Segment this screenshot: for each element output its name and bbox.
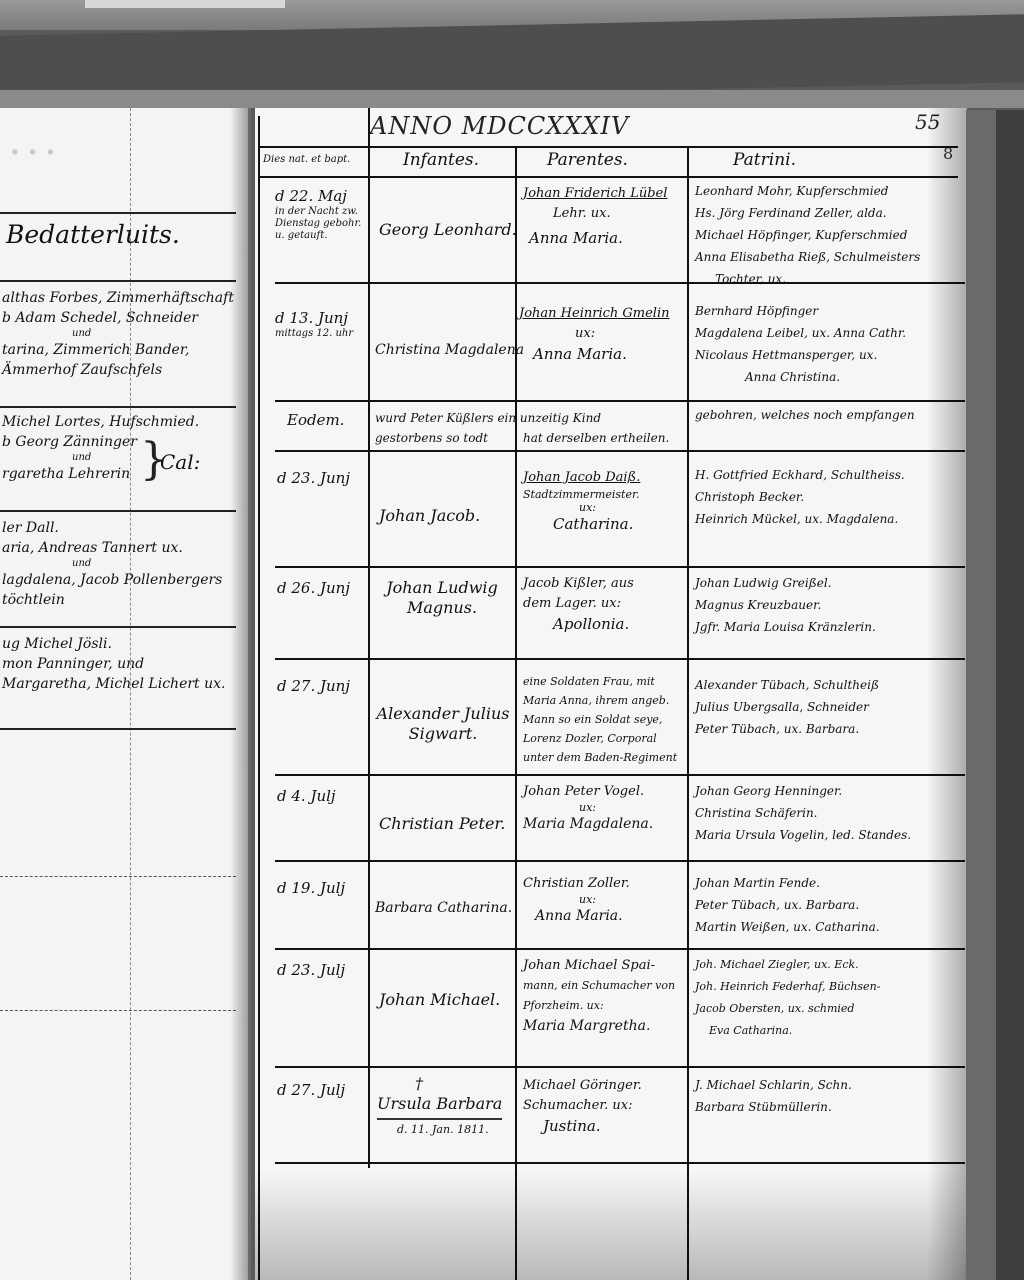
parent-line: Michael Göringer. [523, 1076, 642, 1096]
entry-line: ler Dall. [2, 518, 222, 538]
table-row-parents: eine Soldaten Frau, mit Maria Anna, ihre… [523, 672, 677, 767]
divider [0, 510, 236, 512]
table-row-parents: Johan Michael Spai- mann, ein Schumacher… [523, 956, 675, 1036]
parent-line: Anna Maria. [519, 344, 669, 364]
godparent-line: Julius Ubergsalla, Schneider [695, 696, 879, 718]
godparent-line: Hs. Jörg Ferdinand Zeller, alda. [695, 202, 920, 224]
godparent-line: J. Michael Schlarin, Schn. [695, 1074, 852, 1096]
faded-header: ... [10, 128, 63, 161]
table-row-parents: Johan Friderich Lübel Lehr. ux. Anna Mar… [523, 184, 667, 248]
date-value: d 22. Maj [275, 187, 347, 205]
table-row-infant: Johan Ludwig Magnus. [377, 578, 507, 618]
row-divider [275, 860, 965, 862]
entry-line: b Adam Schedel, Schneider [2, 308, 234, 328]
note-line: hat derselben ertheilen. [523, 428, 669, 448]
parent-line: Maria Magdalena. [523, 814, 653, 834]
table-row-parents: Johan Jacob Daiß. Stadtzimmermeister. ux… [523, 468, 640, 534]
infant-name: Ursula Barbara [377, 1094, 502, 1113]
godparent-line: Tochter, ux. [695, 268, 920, 290]
entry-block: althas Forbes, Zimmerhäftschaft b Adam S… [2, 288, 234, 380]
divider [0, 406, 236, 408]
section-heading: Bedatterluits. [6, 220, 180, 249]
book-binding [966, 110, 1024, 1280]
parent-line: Maria Margretha. [523, 1016, 675, 1036]
entry-line: tarina, Zimmerich Bander, [2, 340, 234, 360]
page-title: ANNO MDCCXXXIV [370, 112, 629, 140]
parent-line: Stadtzimmermeister. [523, 488, 640, 502]
godparent-line: Eva Catharina. [695, 1020, 880, 1042]
godparent-line: Michael Höpfinger, Kupferschmied [695, 224, 920, 246]
parent-line: Johan Michael Spai- [523, 956, 675, 976]
godparent-line: Joh. Michael Ziegler, ux. Eck. [695, 954, 880, 976]
entry-line: b Georg Zänninger [2, 432, 199, 452]
table-row-parents: Christian Zoller. ux: Anna Maria. [523, 874, 630, 926]
row-divider [275, 774, 965, 776]
entry-line: töchtlein [2, 590, 222, 610]
parent-line: Lorenz Dozler, Corporal [523, 729, 677, 748]
table-row-infant: Johan Michael. [379, 990, 500, 1010]
row-divider [275, 400, 965, 402]
column-divider [515, 148, 517, 1280]
deceased-cross-icon: † [377, 1074, 502, 1094]
table-row-parents: Johan Heinrich Gmelin ux: Anna Maria. [519, 304, 669, 364]
table-row-infant: Christina Magdalena [375, 340, 524, 360]
entry-line: mon Panninger, und [2, 654, 225, 674]
row-divider [275, 658, 965, 660]
table-row-godparents: Joh. Michael Ziegler, ux. Eck. Joh. Hein… [695, 954, 880, 1042]
divider [0, 728, 236, 730]
brace-label: Cal: [160, 450, 200, 474]
godparent-line: Leonhard Mohr, Kupferschmied [695, 180, 920, 202]
page-shadow [927, 108, 967, 1280]
godparent-line: Johan Georg Henninger. [695, 780, 911, 802]
parent-line: Johan Heinrich Gmelin [519, 304, 669, 324]
left-page: ... Bedatterluits. althas Forbes, Zimmer… [0, 108, 251, 1280]
page-shadow [230, 108, 248, 1280]
table-row-parents: Johan Peter Vogel. ux: Maria Magdalena. [523, 782, 653, 834]
header-top-rule [258, 146, 958, 148]
table-row-date: d 19. Julj [277, 878, 345, 898]
godparent-line: Johan Ludwig Greißel. [695, 572, 876, 594]
column-header-infants: Infantes. [403, 150, 479, 170]
parent-line: Johan Jacob Daiß. [523, 468, 640, 488]
table-row-date: d 4. Julj [277, 786, 336, 806]
parent-line: ux: [519, 324, 669, 344]
table-row-date: Eodem. [287, 410, 344, 430]
godparent-line: H. Gottfried Eckhard, Schultheiss. [695, 464, 905, 486]
godparent-line: Nicolaus Hettmansperger, ux. [695, 344, 906, 366]
parent-line: Lehr. ux. [523, 204, 667, 224]
row-divider [275, 1162, 965, 1164]
godparent-line: Anna Elisabetha Rieß, Schulmeisters [695, 246, 920, 268]
table-row-godparents: Johan Georg Henninger. Christina Schäfer… [695, 780, 911, 846]
parent-line: Schumacher. ux: [523, 1096, 642, 1116]
scan-background-band-lower [0, 90, 1024, 108]
table-row-infant: Barbara Catharina. [375, 898, 512, 918]
table-row-note-godparents: gebohren, welches noch empfangen [695, 404, 915, 426]
parent-line: Pforzheim. ux: [523, 996, 675, 1016]
parent-line: Anna Maria. [523, 906, 630, 926]
divider [0, 626, 236, 628]
table-row-godparents: J. Michael Schlarin, Schn. Barbara Stübm… [695, 1074, 852, 1118]
godparent-line: Peter Tübach, ux. Barbara. [695, 894, 880, 916]
table-row-godparents: Johan Ludwig Greißel. Magnus Kreuzbauer.… [695, 572, 876, 638]
godparent-line: Bernhard Höpfinger [695, 300, 906, 322]
table-row-infant: Christian Peter. [379, 814, 505, 834]
parent-line: ux: [523, 802, 653, 814]
entry-line: und [2, 328, 234, 340]
parent-line: ux: [523, 502, 640, 514]
godparent-line: Christoph Becker. [695, 486, 905, 508]
godparent-line: Johan Martin Fende. [695, 872, 880, 894]
entry-line: ug Michel Jösli. [2, 634, 225, 654]
table-row-godparents: H. Gottfried Eckhard, Schultheiss. Chris… [695, 464, 905, 530]
column-divider [368, 108, 370, 1168]
godparent-line: Maria Ursula Vogelin, led. Standes. [695, 824, 911, 846]
entry-block: ler Dall. aria, Andreas Tannert ux. und … [2, 518, 222, 610]
godparent-line: Martin Weißen, ux. Catharina. [695, 916, 880, 938]
godparent-line: Magdalena Leibel, ux. Anna Cathr. [695, 322, 906, 344]
parent-line: Johan Friderich Lübel [523, 184, 667, 204]
godparent-line: Magnus Kreuzbauer. [695, 594, 876, 616]
godparent-line: Jgfr. Maria Louisa Kränzlerin. [695, 616, 876, 638]
table-row-godparents: Bernhard Höpfinger Magdalena Leibel, ux.… [695, 300, 906, 388]
table-row-godparents: Alexander Tübach, Schultheiß Julius Uber… [695, 674, 879, 740]
parent-line: mann, ein Schumacher von [523, 976, 675, 996]
godparent-line: Anna Christina. [695, 366, 906, 388]
parent-line: Apollonia. [523, 614, 634, 634]
header-bottom-rule [258, 176, 958, 178]
parent-line: Johan Peter Vogel. [523, 782, 653, 802]
page-shadow-bottom [255, 1170, 967, 1280]
godparent-line: Peter Tübach, ux. Barbara. [695, 718, 879, 740]
parent-line: dem Lager. ux: [523, 594, 634, 614]
godparent-line: Jacob Obersten, ux. schmied [695, 998, 880, 1020]
godparent-line: Alexander Tübach, Schultheiß [695, 674, 879, 696]
godparent-line: Heinrich Mückel, ux. Magdalena. [695, 508, 905, 530]
godparent-line: Joh. Heinrich Federhaf, Büchsen- [695, 976, 880, 998]
table-row-infant: † Ursula Barbara d. 11. Jan. 1811. [377, 1074, 502, 1140]
godparent-line: Christina Schäferin. [695, 802, 911, 824]
entry-line: Ämmerhof Zaufschfels [2, 360, 234, 380]
entry-block: ug Michel Jösli. mon Panninger, und Marg… [2, 634, 225, 694]
parent-line: eine Soldaten Frau, mit [523, 672, 677, 691]
divider [0, 280, 236, 282]
table-row-date: d 27. Junj [277, 676, 350, 696]
date-value: d 13. Junj [275, 309, 348, 327]
entry-line: althas Forbes, Zimmerhäftschaft [2, 288, 234, 308]
table-row-date: d 27. Julj [277, 1080, 345, 1100]
column-guide-line [130, 108, 131, 1280]
note-line: wurd Peter Küßlers ein unzeitig Kind [375, 408, 601, 428]
entry-line: und [2, 558, 222, 570]
parent-line: Anna Maria. [523, 228, 667, 248]
entry-line: aria, Andreas Tannert ux. [2, 538, 222, 558]
entry-line: lagdalena, Jacob Pollenbergers [2, 570, 222, 590]
parent-line: ux: [523, 894, 630, 906]
parent-line: Jacob Kißler, aus [523, 574, 634, 594]
parent-line: Mann so ein Soldat seye, [523, 710, 677, 729]
table-row-godparents: Leonhard Mohr, Kupferschmied Hs. Jörg Fe… [695, 180, 920, 290]
row-divider [275, 450, 965, 452]
table-row-date: d 23. Junj [277, 468, 350, 488]
parent-line: Justina. [523, 1116, 642, 1136]
divider [0, 876, 236, 877]
parent-line: Maria Anna, ihrem angeb. [523, 691, 677, 710]
table-row-parents: Michael Göringer. Schumacher. ux: Justin… [523, 1076, 642, 1136]
parent-line: Catharina. [523, 514, 640, 534]
table-row-infant: Johan Jacob. [379, 506, 480, 526]
death-date-note: d. 11. Jan. 1811. [377, 1118, 502, 1140]
column-header-parents: Parentes. [547, 150, 628, 170]
entry-line: Margaretha, Michel Lichert ux. [2, 674, 225, 694]
table-row-date: d 22. Maj in der Nacht zw. Dienstag gebo… [275, 186, 363, 242]
parent-line: Christian Zoller. [523, 874, 630, 894]
date-note: in der Nacht zw. Dienstag gebohr. u. get… [275, 206, 363, 242]
column-header-date: Dies nat. et bapt. [263, 154, 350, 165]
table-row-infant: Alexander Julius Sigwart. [373, 704, 513, 744]
register-page: ANNO MDCCXXXIV 55 8 Dies nat. et bapt. I… [255, 108, 967, 1280]
row-divider [275, 1066, 965, 1068]
table-row-infant: Georg Leonhard. [379, 220, 517, 240]
parent-line: unter dem Baden-Regiment [523, 748, 677, 767]
table-row-date: d 23. Julj [277, 960, 345, 980]
row-divider [275, 948, 965, 950]
table-row-date: d 13. Junj mittags 12. uhr [275, 308, 353, 340]
date-note: mittags 12. uhr [275, 328, 353, 340]
table-border-left [258, 116, 260, 1280]
table-row-parents: Jacob Kißler, aus dem Lager. ux: Apollon… [523, 574, 634, 634]
row-divider [275, 566, 965, 568]
table-row-note-cont: hat derselben ertheilen. [523, 428, 669, 448]
table-row-godparents: Johan Martin Fende. Peter Tübach, ux. Ba… [695, 872, 880, 938]
column-divider [687, 146, 689, 1280]
table-row-date: d 26. Junj [277, 578, 350, 598]
column-header-godparents: Patrini. [733, 150, 796, 170]
godparent-line: Barbara Stübmüllerin. [695, 1096, 852, 1118]
divider [0, 212, 236, 214]
divider [0, 1010, 236, 1011]
entry-line: Michel Lortes, Hufschmied. [2, 412, 199, 432]
